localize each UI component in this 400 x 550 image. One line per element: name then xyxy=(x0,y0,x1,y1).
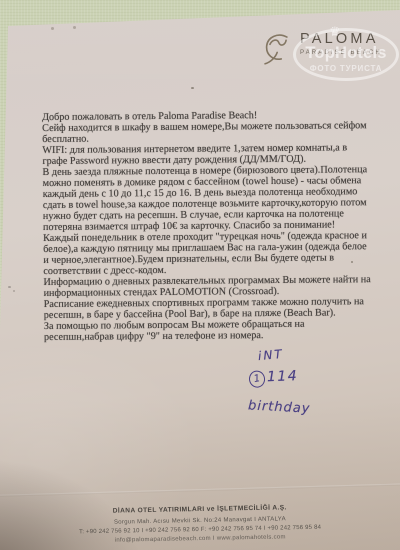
paper-crease xyxy=(0,483,400,497)
brand-name: PALOMA xyxy=(300,31,382,47)
staple-hole xyxy=(73,26,76,29)
pencil-mark xyxy=(13,290,15,292)
photo-of-document: PALOMA PARADISE BEACH ♛ TopHotels ФОТО Т… xyxy=(0,0,400,550)
letter-paper: PALOMA PARADISE BEACH ♛ TopHotels ФОТО Т… xyxy=(0,0,400,550)
brand-tagline: PARADISE BEACH xyxy=(300,49,382,56)
dove-swirl-icon xyxy=(259,33,297,67)
circled-digit: 1 xyxy=(248,369,267,389)
letterhead-footer: DİANA OTEL YATIRIMLARI ve İŞLETMECİLİĞİ … xyxy=(0,502,400,546)
handwritten-note-int: iNT xyxy=(257,347,284,363)
handwritten-note-birthday: birthday xyxy=(248,398,311,416)
pencil-mark xyxy=(8,286,11,288)
handwritten-note-room: 1114 xyxy=(249,368,299,388)
letter-body-text: Добро пожаловать в отель Paloma Paradise… xyxy=(42,109,374,343)
room-number: 114 xyxy=(267,368,299,385)
staple-hole xyxy=(51,27,54,30)
hotel-logo: PALOMA PARADISE BEACH xyxy=(259,31,382,67)
paper-speck xyxy=(191,87,194,89)
